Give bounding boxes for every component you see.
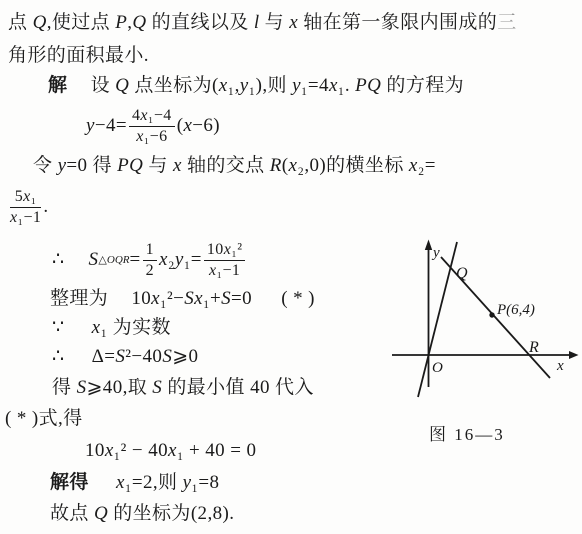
eq3-result-numerator: 10x₁² xyxy=(204,241,246,261)
text-line-13: 10x₁² − 40x₁ + 40 = 0 xyxy=(85,440,256,462)
equation-x2: 5x₁ x₁−1 . xyxy=(8,186,48,228)
line9-body: x₁ 为实数 xyxy=(92,317,171,338)
eq2-numerator: 5x₁ xyxy=(10,188,41,208)
text-line-11: 得 S⩾40,取 S 的最小值 40 代入 xyxy=(52,377,314,399)
eq1-denominator: x₁−6 xyxy=(129,127,175,146)
label-y-axis: y xyxy=(431,245,440,261)
eq1-fraction: 4x₁−4 x₁−6 xyxy=(129,107,175,146)
text-line-14: 解得 x₁=2,则 y₁=8 xyxy=(50,472,219,494)
text-line-10: ∴ Δ=S²−40S⩾0 xyxy=(52,346,198,368)
label-point-q: Q xyxy=(456,265,468,282)
eq3-fraction-half: 1 2 xyxy=(143,241,157,280)
textbook-page: 点 Q,使过点 P,Q 的直线以及 l 与 x 轴在第一象限内围成的三 角形的面… xyxy=(0,0,582,534)
text-line-3: 解 设 Q 点坐标为(x₁,y₁),则 y₁=4x₁. PQ 的方程为 xyxy=(48,75,464,97)
text-line-1-main: 点 Q,使过点 P,Q 的直线以及 l 与 x 轴在第一象限内围成的 xyxy=(8,12,497,33)
text-line-12: ( * )式,得 xyxy=(5,408,83,430)
label-origin: O xyxy=(432,360,443,376)
eq3-result-denominator: x₁−1 xyxy=(204,261,246,280)
solved-label: 解得 xyxy=(50,472,89,493)
label-point-r: R xyxy=(528,339,539,356)
text-line-15: 故点 Q 的坐标为(2,8). xyxy=(50,503,234,525)
text-line-2: 角形的面积最小. xyxy=(8,45,149,67)
line8-star: ( * ) xyxy=(281,288,315,309)
eq3-half-numerator: 1 xyxy=(143,241,157,261)
eq2-denominator: x₁−1 xyxy=(10,208,41,227)
eq3-half-denominator: 2 xyxy=(143,261,157,280)
eq2-fraction: 5x₁ x₁−1 xyxy=(10,188,41,227)
line10-body: Δ=S²−40S⩾0 xyxy=(92,346,199,367)
point-p-dot xyxy=(489,312,494,317)
eq3-s: S xyxy=(89,249,99,271)
text-line-8: 整理为 10x₁²−Sx₁+S=0 ( * ) xyxy=(50,288,315,310)
eq1-rhs: (x−6) xyxy=(177,115,220,137)
figure-caption: 图 16—3 xyxy=(429,424,505,446)
x-axis-arrow-icon xyxy=(569,351,579,359)
therefore-symbol: ∴ xyxy=(52,249,65,271)
solve-label: 解 xyxy=(48,75,67,96)
label-point-p: P(6,4) xyxy=(496,302,535,318)
eq2-period: . xyxy=(43,196,48,218)
eq1-numerator: 4x₁−4 xyxy=(129,107,175,127)
text-line-3-body: 设 Q 点坐标为(x₁,y₁),则 y₁=4x₁. PQ 的方程为 xyxy=(91,75,464,96)
text-line-1-faded-char: 三 xyxy=(497,12,516,33)
line8-label: 整理为 xyxy=(50,288,108,309)
text-line-1: 点 Q,使过点 P,Q 的直线以及 l 与 x 轴在第一象限内围成的三 xyxy=(8,12,517,34)
eq3-equals-2: = xyxy=(191,249,202,271)
text-line-5: 令 y=0 得 PQ 与 x 轴的交点 R(x₂,0)的横坐标 x₂= xyxy=(33,155,436,177)
line8-equation: 10x₁²−Sx₁+S=0 xyxy=(131,288,252,309)
y-axis-arrow-icon xyxy=(425,240,432,251)
label-x-axis: x xyxy=(556,358,564,374)
eq3-subscript: △OQR xyxy=(98,249,129,271)
because-symbol: ∵ xyxy=(52,317,65,338)
eq1-lhs: y−4= xyxy=(86,115,127,137)
text-line-9: ∵ x₁ 为实数 xyxy=(52,317,171,339)
therefore-symbol-2: ∴ xyxy=(52,346,65,367)
eq3-equals-1: = xyxy=(129,249,140,271)
line14-body: x₁=2,则 y₁=8 xyxy=(116,472,219,493)
figure-16-3: y x O Q P(6,4) R xyxy=(385,233,582,400)
eq3-fraction-result: 10x₁² x₁−1 xyxy=(204,241,246,280)
eq3-mid: x₂y₁ xyxy=(159,249,191,271)
equation-area: ∴ S△OQR = 1 2 x₂y₁ = 10x₁² x₁−1 xyxy=(52,236,247,284)
equation-pq-line: y−4= 4x₁−4 x₁−6 (x−6) xyxy=(86,104,220,148)
